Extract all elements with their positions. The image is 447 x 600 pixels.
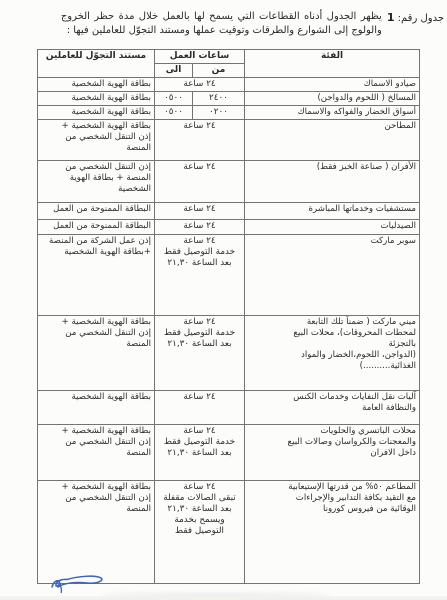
table-row: مستشفيات وخدماتها المباشرة ٢٤ ساعة البطا… [38,203,420,220]
table-row: محلات الباتسري والحلويات والمعجنات والكر… [38,425,420,481]
table-number-label: جدول رقم: 1 [387,10,444,38]
document-cell: البطاقة الممنوحة من العمل [38,203,155,220]
header-category: الفئة [245,50,420,78]
category-cell: مستشفيات وخدماتها المباشرة [245,203,420,220]
header-row-1: الفئة ساعات العمل مستند التجوّل للعاملين [38,50,420,64]
category-cell: الأفران ( صناعة الخبز فقط) [245,161,420,203]
table-row: الأفران ( صناعة الخبز فقط) ٢٤ ساعة إذن ا… [38,161,420,203]
document-cell: بطاقة الهوية الشخصية [38,78,155,92]
document-cell: إذن عمل الشركة من المنصة +بطاقة الهوية ا… [38,235,155,316]
table-row: آليات نقل النفايات وخدمات الكنس والنظافة… [38,391,420,425]
category-cell: المطاحن [245,120,420,161]
category-cell: المسالخ ( اللحوم والدواجن) [245,92,420,106]
category-cell: الصيدليات [245,220,420,235]
to-cell: ٠٥٠٠ [155,106,193,120]
scan-edge-shadow [0,596,447,600]
document-cell: بطاقة الهوية الشخصية [38,92,155,106]
table-header: الفئة ساعات العمل مستند التجوّل للعاملين… [38,50,420,78]
category-cell: محلات الباتسري والحلويات والمعجنات والكر… [245,425,420,481]
hours-cell: ٢٤ ساعة [155,78,245,92]
category-cell: صيادو الاسماك [245,78,420,92]
sectors-table: الفئة ساعات العمل مستند التجوّل للعاملين… [37,49,420,584]
category-cell: سوبر ماركت [245,235,420,316]
title-paragraph: يظهر الجدول أدناه القطاعات التي يسمح لها… [61,10,382,38]
table-row: أسواق الخضار والفواكه والاسماك ٠٢٠٠ ٠٥٠٠… [38,106,420,120]
hours-cell: ٢٤ ساعة [155,220,245,235]
table-row: سوبر ماركت ٢٤ ساعة خدمة التوصيل فقط بعد … [38,235,420,316]
table-row: المطاحن ٢٤ ساعة بطاقة الهوية الشخصية + إ… [38,120,420,161]
document-cell: بطاقة الهوية الشخصية + إذن التنقل الشخصي… [38,481,155,584]
document-cell: بطاقة الهوية الشخصية + إذن التنقل الشخصي… [38,316,155,391]
category-cell: المطاعم ٥٠% من قدرتها الإستيعابية مع الت… [245,481,420,584]
table-row: المطاعم ٥٠% من قدرتها الإستيعابية مع الت… [38,481,420,584]
table-row: صيادو الاسماك ٢٤ ساعة بطاقة الهوية الشخص… [38,78,420,92]
table-number-prefix: جدول رقم: [398,13,444,24]
scanned-document-page: جدول رقم: 1 يظهر الجدول أدناه القطاعات ا… [0,0,447,600]
hours-cell: ٢٤ ساعة [155,391,245,425]
signature-scribble [48,570,110,595]
category-cell: ميني ماركت ( ضمناً تلك التابعة لمحطات ال… [245,316,420,391]
table-row: الصيدليات ٢٤ ساعة البطاقة الممنوحة من ال… [38,220,420,235]
document-title: جدول رقم: 1 يظهر الجدول أدناه القطاعات ا… [61,10,444,38]
to-cell: ٠٥٠٠ [155,92,193,106]
header-hours: ساعات العمل [155,50,245,64]
hours-cell: ٢٤ ساعة خدمة التوصيل فقط بعد الساعة ٢١,٣… [155,425,245,481]
header-from: من [193,64,245,78]
hours-cell: ٢٤ ساعة [155,120,245,161]
document-cell: بطاقة الهوية الشخصية + إذن التنقل الشخصي… [38,120,155,161]
document-cell: إذن التنقل الشخصي من المنصة + بطاقة الهو… [38,161,155,203]
document-cell: بطاقة الهوية الشخصية + إذن التنقل الشخصي… [38,425,155,481]
table-row: المسالخ ( اللحوم والدواجن) ٢٤٠٠ ٠٥٠٠ بطا… [38,92,420,106]
document-cell: بطاقة الهوية الشخصية [38,391,155,425]
category-cell: أسواق الخضار والفواكه والاسماك [245,106,420,120]
from-cell: ٠٢٠٠ [193,106,245,120]
table-row: ميني ماركت ( ضمناً تلك التابعة لمحطات ال… [38,316,420,391]
hours-cell: ٢٤ ساعة [155,203,245,220]
hours-cell: ٢٤ ساعة خدمة التوصيل فقط بعد الساعة ٢١,٣… [155,316,245,391]
category-cell: آليات نقل النفايات وخدمات الكنس والنظافة… [245,391,420,425]
hours-cell: ٢٤ ساعة [155,161,245,203]
hours-cell: ٢٤ ساعة تبقى الصالات مقفلة بعد الساعة ٢١… [155,481,245,584]
header-to: الى [155,64,193,78]
from-cell: ٢٤٠٠ [193,92,245,106]
hours-cell: ٢٤ ساعة خدمة التوصيل فقط بعد الساعة ٢١,٣… [155,235,245,316]
header-document: مستند التجوّل للعاملين [38,50,155,78]
document-cell: بطاقة الهوية الشخصية [38,106,155,120]
table-number: 1 [387,11,395,24]
document-cell: البطاقة الممنوحة من العمل [38,220,155,235]
